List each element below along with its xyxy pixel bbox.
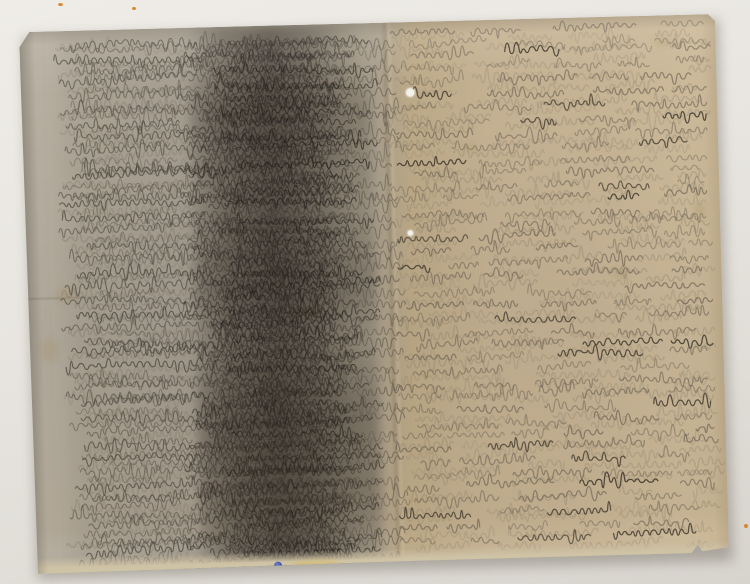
orange-speck-1 bbox=[58, 3, 63, 6]
scribble-layer-right-main bbox=[384, 17, 723, 548]
handwriting-svg bbox=[19, 14, 729, 574]
photo-backdrop bbox=[0, 0, 750, 584]
manuscript-sheet bbox=[19, 14, 729, 574]
pinhole-1 bbox=[405, 87, 414, 96]
orange-speck-3 bbox=[744, 524, 748, 528]
orange-speck-2 bbox=[132, 7, 136, 10]
